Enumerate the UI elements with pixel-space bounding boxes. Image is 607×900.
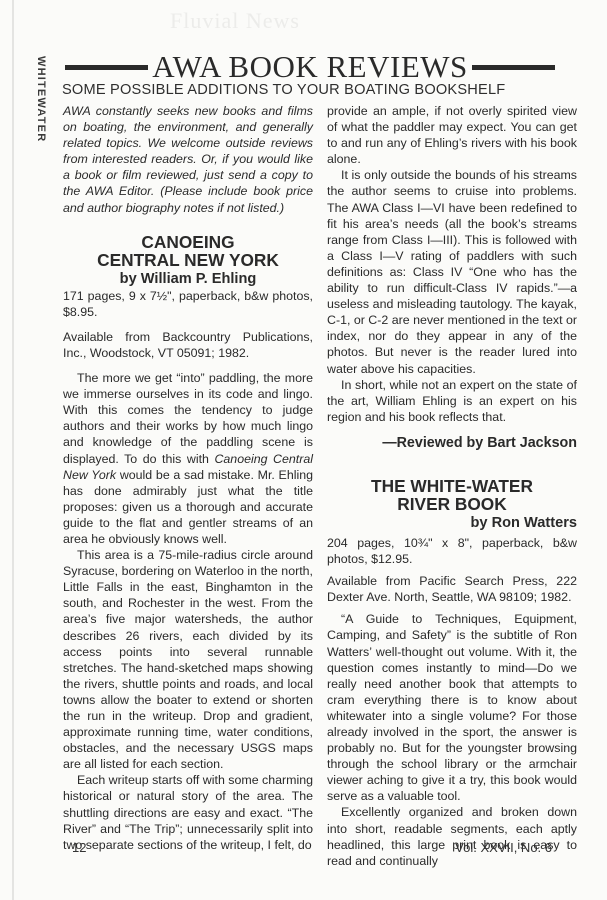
review-1-title-line1: CANOEING (63, 233, 313, 252)
review-1-paragraph-1: The more we get “into” paddling, the mor… (63, 370, 313, 547)
review-1-title-line2: CENTRAL NEW YORK (63, 251, 313, 270)
review-1-paragraph-4: It is only outside the bounds of his str… (327, 167, 577, 376)
review-1-availability: Available from Backcountry Publications,… (63, 329, 313, 361)
spine-label: WHITEWATER (35, 56, 47, 142)
review-1-paragraph-5: In short, while not an expert on the sta… (327, 377, 577, 425)
review-2-specs: 204 pages, 10¾" x 8", paperback, b&w pho… (327, 535, 577, 567)
review-2-paragraph-2: Excellently organized and broken down in… (327, 804, 577, 868)
column-left: AWA constantly seeks new books and films… (63, 103, 313, 853)
review-1-reviewer: —Reviewed by Bart Jackson (327, 435, 577, 451)
review-1-paragraph-3-cont: provide an ample, if not overly spirited… (327, 103, 577, 167)
header-rule-left (65, 65, 148, 70)
review-1-specs: 171 pages, 9 x 7½", paperback, b&w photo… (63, 288, 313, 320)
page-title: AWA BOOK REVIEWS (148, 50, 472, 84)
header-rule-right (472, 65, 555, 70)
review-2-title-line1: THE WHITE-WATER (327, 477, 577, 496)
review-1-paragraph-2: This area is a 75-mile-radius circle aro… (63, 547, 313, 772)
page-header: AWA BOOK REVIEWS (65, 50, 555, 84)
page-edge (12, 0, 14, 900)
review-1-author: by William P. Ehling (63, 270, 313, 288)
review-2-author: by Ron Watters (327, 514, 577, 532)
review-2-paragraph-1: “A Guide to Techniques, Equipment, Campi… (327, 611, 577, 804)
review-1-paragraph-3-start: Each writeup starts off with some charmi… (63, 772, 313, 852)
page-number: 12 (72, 840, 86, 855)
review-2-title-line2: RIVER BOOK (327, 495, 577, 514)
bleed-through-text: Fluvial News (170, 8, 300, 34)
review-2-availability: Available from Pacific Search Press, 222… (327, 573, 577, 605)
page-subtitle: SOME POSSIBLE ADDITIONS TO YOUR BOATING … (62, 82, 562, 98)
column-right: provide an ample, if not overly spirited… (327, 103, 577, 869)
issue-label: Vol. XXVII, No. 6 (455, 840, 552, 855)
intro-note: AWA constantly seeks new books and films… (63, 103, 313, 216)
